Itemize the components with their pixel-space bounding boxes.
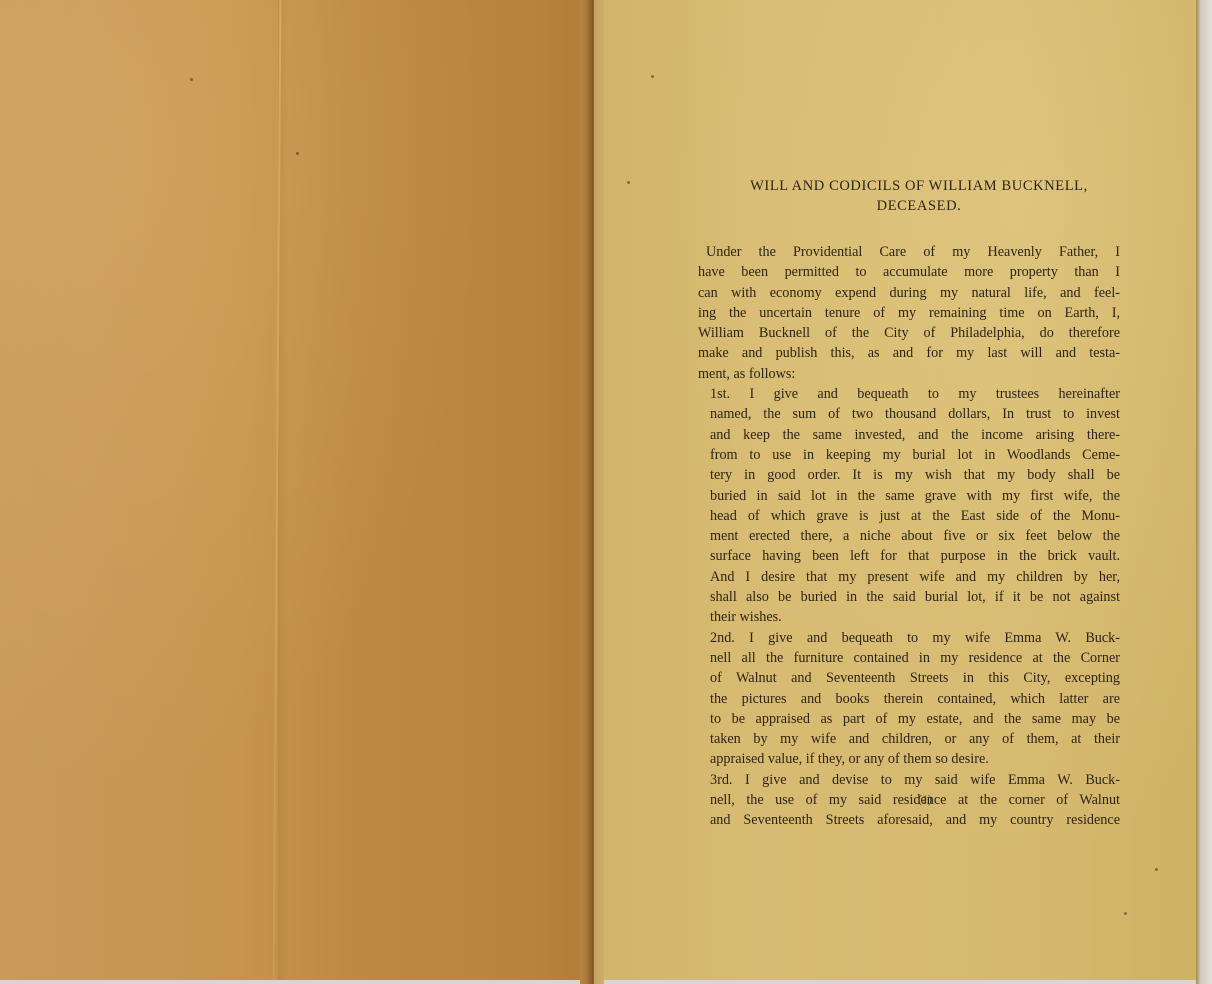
body-line: Under the Providential Care of my Heaven… bbox=[698, 242, 1120, 262]
body-line: and Seventeenth Streets aforesaid, and m… bbox=[698, 810, 1120, 830]
clause-2-start: 2nd. I give and bequeath to my wife Emma… bbox=[698, 628, 1120, 648]
document-title: WILL AND CODICILS OF WILLIAM BUCKNELL, D… bbox=[698, 176, 1140, 216]
body-line: their wishes. bbox=[698, 607, 1120, 627]
body-line: buried in said lot in the same grave wit… bbox=[698, 486, 1120, 506]
body-line: William Bucknell of the City of Philadel… bbox=[698, 323, 1120, 343]
body-line: ment erected there, a niche about five o… bbox=[698, 526, 1120, 546]
body-line: ing the uncertain tenure of my remaining… bbox=[698, 303, 1120, 323]
body-line: appraised value, if they, or any of them… bbox=[698, 749, 1120, 769]
body-line: make and publish this, as and for my las… bbox=[698, 343, 1120, 363]
title-line: WILL AND CODICILS OF WILLIAM BUCKNELL, bbox=[698, 176, 1140, 196]
book-spread: WILL AND CODICILS OF WILLIAM BUCKNELL, D… bbox=[0, 0, 1212, 984]
body-line: nell all the furniture contained in my r… bbox=[698, 648, 1120, 668]
spine-gutter-line bbox=[592, 0, 594, 984]
body-line: And I desire that my present wife and my… bbox=[698, 567, 1120, 587]
body-line: tery in good order. It is my wish that m… bbox=[698, 465, 1120, 485]
body-line: to be appraised as part of my estate, an… bbox=[698, 709, 1120, 729]
body-line: surface having been left for that purpos… bbox=[698, 546, 1120, 566]
paper-speck bbox=[651, 75, 654, 78]
title-line: DECEASED. bbox=[698, 196, 1140, 216]
body-line: shall also be buried in the said burial … bbox=[698, 587, 1120, 607]
body-line: have been permitted to accumulate more p… bbox=[698, 262, 1120, 282]
document-text-block: WILL AND CODICILS OF WILLIAM BUCKNELL, D… bbox=[698, 176, 1140, 831]
paper-speck bbox=[1124, 912, 1127, 915]
clause-1-start: 1st. I give and bequeath to my trustees … bbox=[698, 384, 1120, 404]
body-line: named, the sum of two thousand dollars, … bbox=[698, 404, 1120, 424]
left-page-blank bbox=[0, 0, 592, 980]
body-line: from to use in keeping my burial lot in … bbox=[698, 445, 1120, 465]
body-line: head of which grave is just at the East … bbox=[698, 506, 1120, 526]
page-number: (1) bbox=[900, 792, 950, 807]
body-line: taken by my wife and children, or any of… bbox=[698, 729, 1120, 749]
body-line: can with economy expend during my natura… bbox=[698, 283, 1120, 303]
document-body: Under the Providential Care of my Heaven… bbox=[698, 242, 1140, 831]
body-line: of Walnut and Seventeenth Streets in thi… bbox=[698, 668, 1120, 688]
right-page-edge bbox=[1196, 0, 1212, 984]
paper-speck bbox=[296, 152, 299, 155]
clause-3-start: 3rd. I give and devise to my said wife E… bbox=[698, 770, 1120, 790]
paper-speck bbox=[1155, 868, 1158, 871]
body-line: and keep the same invested, and the inco… bbox=[698, 425, 1120, 445]
paper-speck bbox=[627, 181, 630, 184]
body-line: ment, as follows: bbox=[698, 364, 1120, 384]
body-line: the pictures and books therein contained… bbox=[698, 689, 1120, 709]
paper-speck bbox=[190, 78, 193, 81]
